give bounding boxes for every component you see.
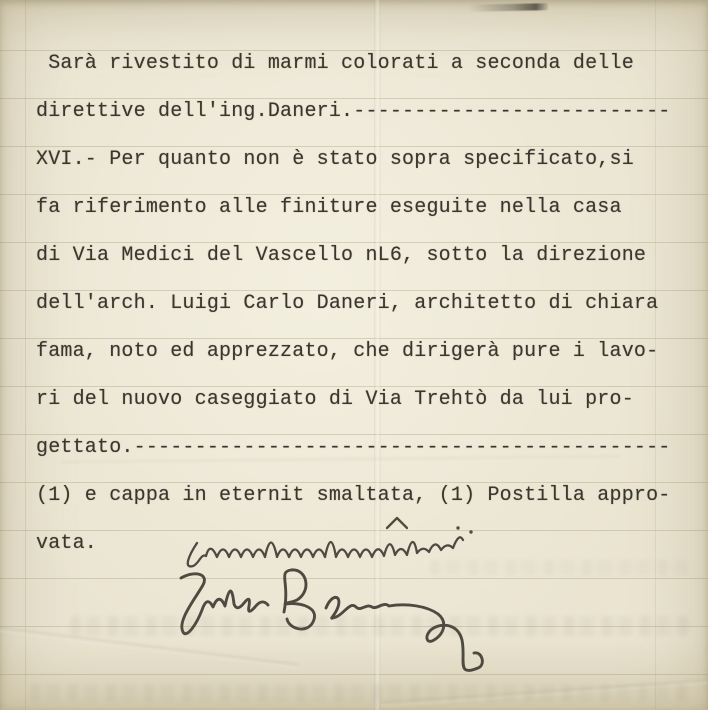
signature-caret-mark: [387, 518, 407, 528]
typed-line-5: di Via Medici del Vascello nL6, sotto la…: [36, 243, 646, 269]
verso-showthrough: [30, 684, 690, 702]
scanned-document-page: Sarà rivestito di marmi colorati a secon…: [0, 0, 708, 710]
typed-line-11: vata.: [36, 531, 97, 557]
verso-showthrough: [70, 616, 690, 636]
typed-line-4: fa riferimento alle finiture eseguite ne…: [36, 195, 622, 221]
typed-line-1: Sarà rivestito di marmi colorati a secon…: [36, 51, 634, 77]
handwritten-signature: [150, 515, 530, 685]
typed-line-6: dell'arch. Luigi Carlo Daneri, architett…: [36, 291, 658, 317]
signature-line-1: [188, 537, 463, 566]
typed-line-3: XVI.- Per quanto non è stato sopra speci…: [36, 147, 634, 173]
typed-line-2: direttive dell'ing.Daneri.--------------…: [36, 99, 671, 125]
verso-showthrough: [430, 560, 690, 575]
typed-line-9: gettato.--------------------------------…: [36, 435, 671, 461]
typed-line-7: fama, noto ed apprezzato, che dirigerà p…: [36, 339, 658, 365]
typed-line-8: ri del nuovo caseggiato di Via Trehtò da…: [36, 387, 634, 413]
typed-line-10: (1) e cappa in eternit smaltata, (1) Pos…: [36, 483, 671, 509]
